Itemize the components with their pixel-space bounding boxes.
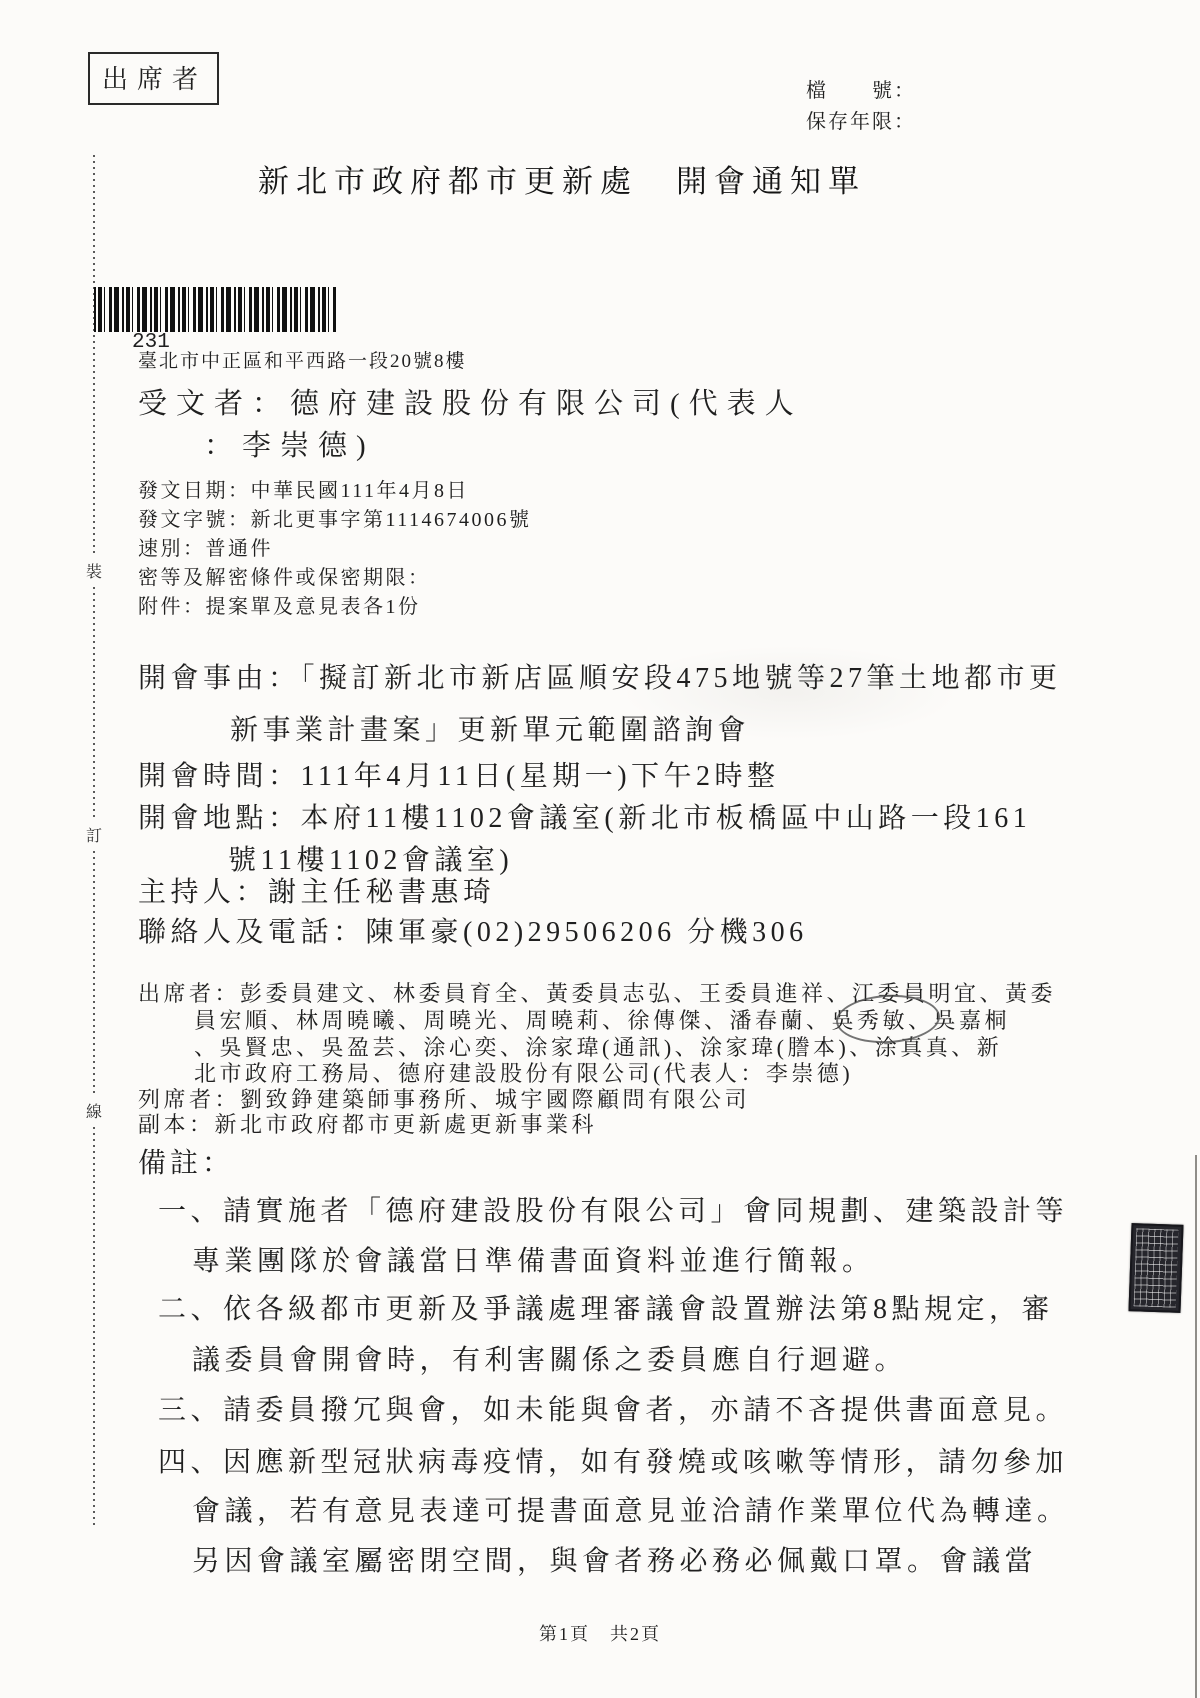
issue-date-line: 發文日期：中華民國111年4月8日	[138, 474, 469, 503]
scanned-meeting-notice-page: 出席者 檔 號： 保存年限： 新北市政府都市更新處 開會通知單 裝 訂 線 23…	[0, 0, 1200, 1698]
note-4-line-1: 四、因應新型冠狀病毒疫情，如有發燒或咳嗽等情形，請勿參加	[158, 1440, 1068, 1480]
note-2-line-1: 二、依各級都市更新及爭議處理審議會設置辦法第8點規定，審	[158, 1287, 1054, 1327]
barcode	[94, 287, 338, 332]
meeting-time-line: 開會時間：111年4月11日(星期一)下午2時整	[138, 754, 780, 794]
note-4-line-3: 另因會議室屬密閉空間，與會者務必務必佩戴口罩。會議當	[192, 1539, 1037, 1579]
ink-seal-stamp	[1128, 1223, 1183, 1313]
meeting-subject-line-1: 開會事由：「擬訂新北市新店區順安段475地號等27筆土地都市更	[138, 656, 1062, 696]
binding-mark-zhuang: 裝	[84, 556, 104, 585]
note-4-line-2: 會議，若有意見表達可提書面意見並洽請作業單位代為轉達。	[192, 1489, 1070, 1529]
note-2-line-2: 議委員會開會時，有利害關係之委員應自行迴避。	[192, 1338, 907, 1378]
notes-label: 備註：	[138, 1141, 234, 1181]
retention-period-label: 保存年限：	[806, 107, 916, 138]
sender-address: 臺北市中正區和平西路一段20號8樓	[138, 346, 467, 373]
attachment-line: 附件：提案單及意見表各1份	[138, 590, 421, 619]
contact-person-line: 聯絡人及電話：陳軍豪(02)29506206 分機306	[138, 910, 808, 950]
note-1-line-2: 專業團隊於會議當日準備書面資料並進行簡報。	[192, 1239, 875, 1279]
priority-line: 速別：普通件	[138, 532, 273, 561]
meeting-place-line-1: 開會地點：本府11樓1102會議室(新北市板橋區中山路一段161	[138, 796, 1031, 836]
recipient-line-1: 受文者：德府建設股份有限公司(代表人	[138, 381, 803, 422]
note-3-line-1: 三、請委員撥冗與會，如未能與會者，亦請不吝提供書面意見。	[158, 1388, 1068, 1428]
note-1-line-1: 一、請實施者「德府建設股份有限公司」會同規劃、建築設計等	[158, 1189, 1068, 1229]
scan-edge-line	[1195, 1155, 1197, 1698]
ref-number-line: 發文字號：新北更事字第1114674006號	[138, 503, 532, 532]
meeting-host-line: 主持人：謝主任秘書惠琦	[138, 870, 496, 910]
file-number-label: 檔 號：	[806, 76, 916, 107]
meeting-subject-line-2: 新事業計畫案」更新單元範圍諮詢會	[230, 708, 750, 748]
attendee-stamp-label: 出席者	[102, 65, 207, 94]
recipient-line-2: ：李崇德)	[204, 423, 375, 464]
document-title: 新北市政府都市更新處 開會通知單	[258, 156, 866, 201]
classification-line: 密等及解密條件或保密期限：	[138, 561, 431, 590]
binding-mark-xian: 線	[84, 1096, 104, 1125]
header-file-labels: 檔 號： 保存年限：	[806, 76, 916, 138]
carbon-copy-line: 副本：新北市政府都市更新處更新事業科	[138, 1108, 597, 1139]
attendee-stamp-box: 出席者	[88, 52, 219, 105]
binding-mark-ding: 訂	[84, 820, 104, 849]
page-footer: 第1頁 共2頁	[0, 1620, 1200, 1646]
